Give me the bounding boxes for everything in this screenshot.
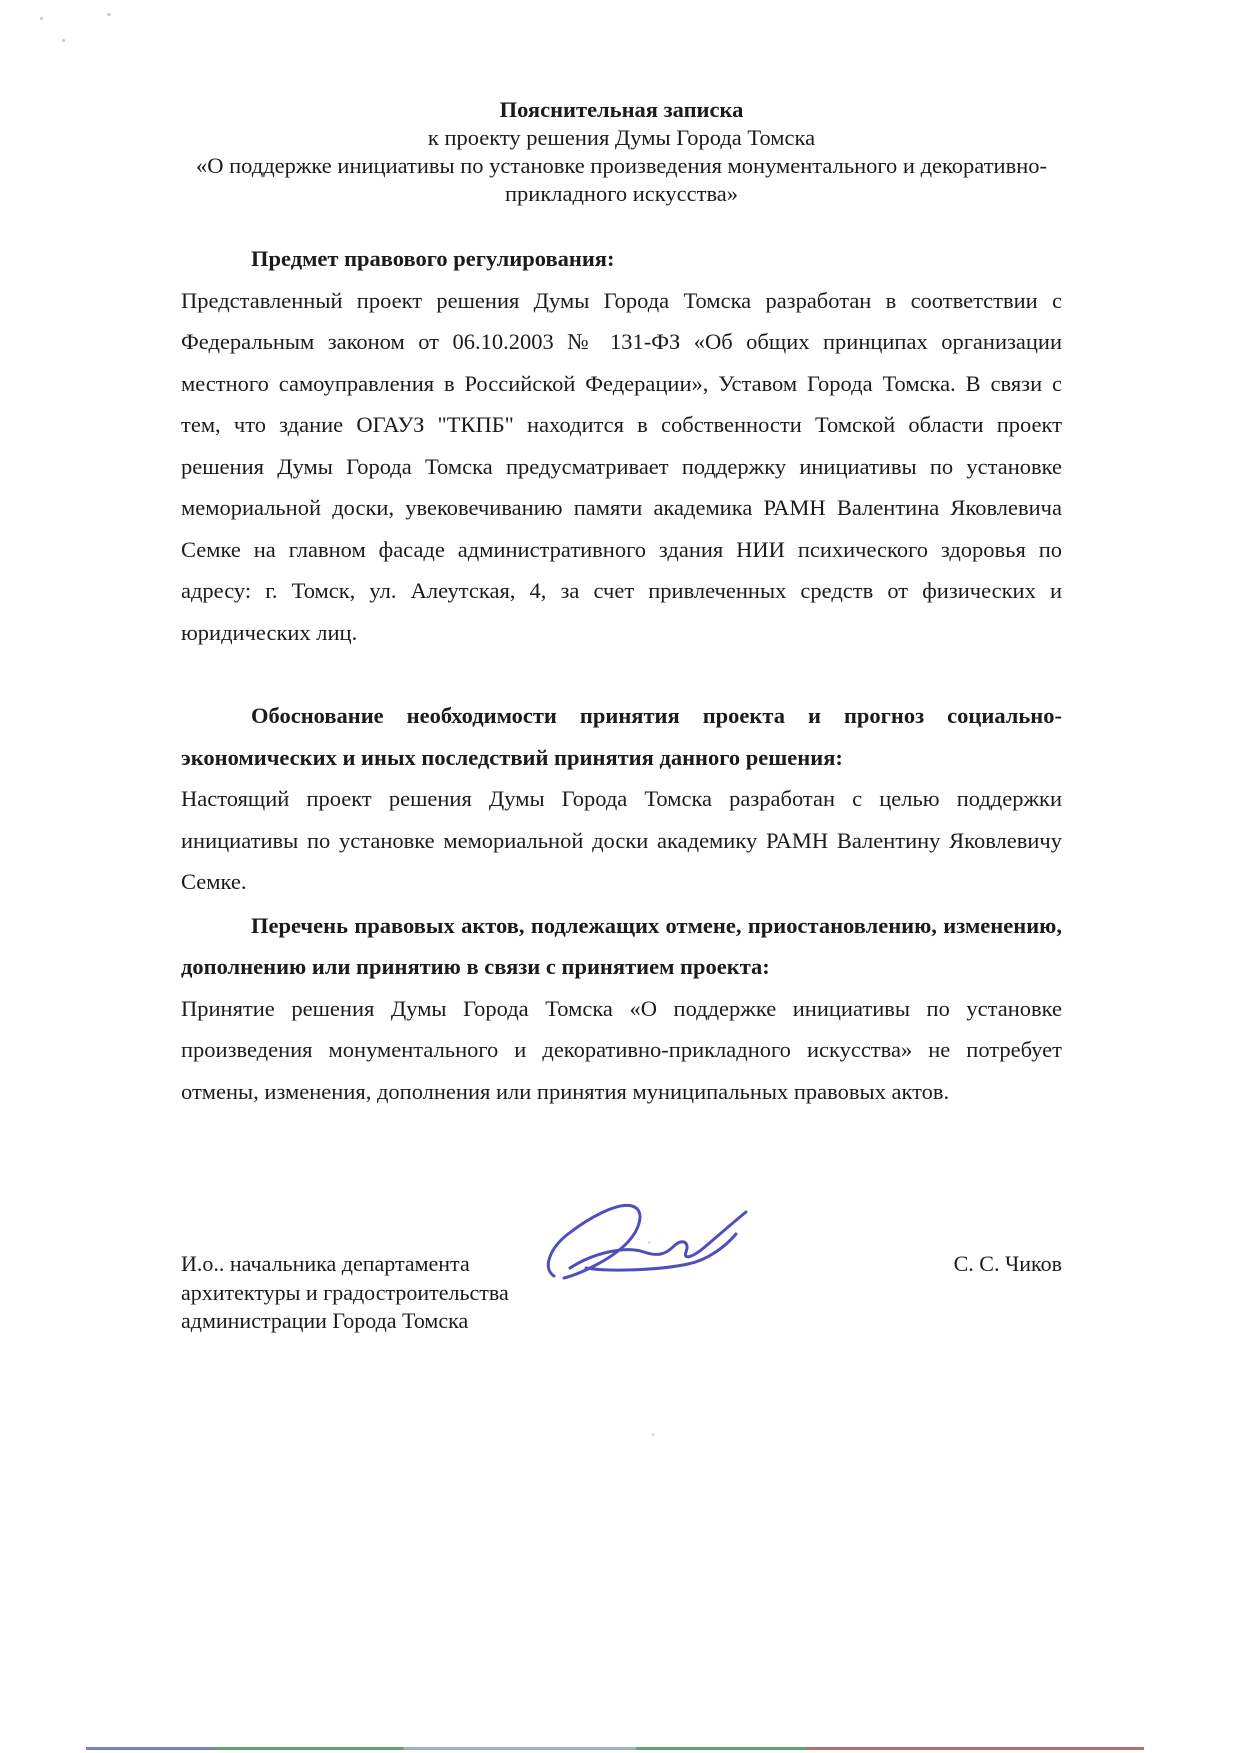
document-subtitle-line: к проекту решения Думы Города Томска — [181, 124, 1062, 152]
document-subtitle-line: «О поддержке инициативы по установке про… — [181, 152, 1062, 208]
document-title: Пояснительная записка — [181, 96, 1062, 124]
section-paragraph: Представленный проект решения Думы Город… — [181, 280, 1062, 654]
document-body: Пояснительная записка к проекту решения … — [181, 96, 1062, 1112]
signer-name: С. С. Чиков — [954, 1250, 1062, 1279]
section-heading: Предмет правового регулирования: — [181, 238, 1062, 280]
scan-edge-artifact — [86, 1747, 1144, 1750]
section-justification: Обоснование необходимости принятия проек… — [181, 695, 1062, 903]
document-page: Пояснительная записка к проекту решения … — [0, 0, 1240, 1753]
signature-row: И.о.. начальника департамента архитектур… — [181, 1250, 1062, 1336]
signer-position-line: архитектуры и градостроительства — [181, 1279, 509, 1308]
section-paragraph: Принятие решения Думы Города Томска «О п… — [181, 988, 1062, 1113]
section-paragraph: Настоящий проект решения Думы Города Том… — [181, 778, 1062, 903]
section-heading: Перечень правовых актов, подлежащих отме… — [181, 905, 1062, 988]
scan-speck — [651, 1433, 655, 1436]
scan-speck — [648, 1241, 651, 1244]
scan-speck — [107, 13, 111, 16]
section-heading: Обоснование необходимости принятия проек… — [181, 695, 1062, 778]
signer-position-line: администрации Города Томска — [181, 1307, 509, 1336]
section-acts-list: Перечень правовых актов, подлежащих отме… — [181, 905, 1062, 1113]
signer-position-line: И.о.. начальника департамента — [181, 1250, 509, 1279]
section-subject: Предмет правового регулирования: Предста… — [181, 238, 1062, 653]
scan-speck — [40, 17, 43, 20]
signer-position: И.о.. начальника департамента архитектур… — [181, 1250, 509, 1336]
title-block: Пояснительная записка к проекту решения … — [181, 96, 1062, 208]
scan-speck — [62, 39, 65, 42]
